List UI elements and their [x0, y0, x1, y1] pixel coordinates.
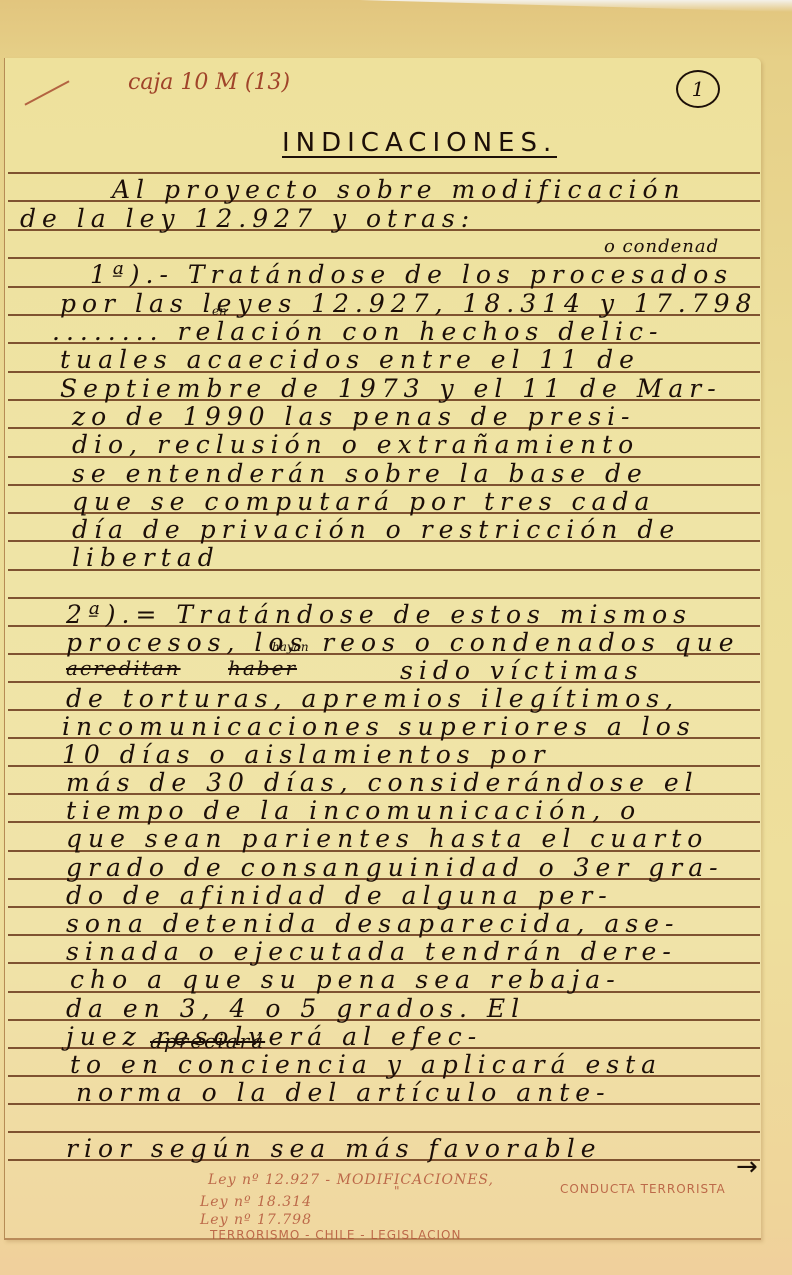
footnote-ley-18314: Ley nº 18.314: [200, 1194, 312, 1210]
section-2-line: 10 días o aislamientos por: [62, 741, 551, 769]
section-2-line: tiempo de la incomunicación, o: [66, 797, 641, 825]
section-1-line: dio, reclusión o extrañamiento: [72, 431, 639, 459]
footnote-keywords: TERRORISMO - CHILE - LEGISLACION: [210, 1228, 461, 1242]
insertion-o-condenados: o condenad: [604, 233, 719, 261]
ruled-line: [8, 172, 760, 174]
footnote-ditto: ": [394, 1184, 401, 1198]
section-1-line: zo de 1990 las penas de presi-: [72, 403, 636, 431]
section-1-line: que se computará por tres cada: [72, 488, 655, 516]
ruled-line: [8, 597, 760, 599]
section-1-line: por las leyes 12.927, 18.314 y 17.798: [60, 290, 757, 318]
section-2-line: to en conciencia y aplicará esta: [70, 1051, 662, 1079]
intro-line-2: de la ley 12.927 y otras:: [20, 205, 475, 233]
footnote-ley-12927: Ley nº 12.927 - MODIFICACIONES,: [208, 1172, 494, 1188]
section-2-line: rior según sea más favorable: [66, 1135, 602, 1163]
struck-word-acreditan: acreditan: [66, 654, 181, 682]
scan-background-edge: [360, 0, 792, 12]
footnote-ley-17798: Ley nº 17.798: [200, 1212, 312, 1228]
section-2-line: procesos, los reos o condenados que: [66, 629, 740, 657]
section-2-line: da en 3, 4 o 5 grados. El: [66, 995, 525, 1023]
archive-note: caja 10 M (13): [128, 70, 290, 95]
page-number: 1: [676, 70, 720, 108]
section-2-line: incomunicaciones superiores a los: [62, 713, 696, 741]
section-2-line: grado de consanguinidad o 3er gra-: [66, 854, 724, 882]
section-1-line: libertad: [72, 544, 220, 572]
section-2-line: más de 30 días, considerándose el: [66, 769, 699, 797]
section-2-line: 2ª).= Tratándose de estos mismos: [66, 601, 692, 629]
continue-arrow-icon: →: [736, 1152, 758, 1182]
section-2-line: de torturas, apremios ilegítimos,: [66, 685, 679, 713]
section-1-line: se entenderán sobre la base de: [72, 460, 648, 488]
section-2-line: do de afinidad de alguna per-: [66, 882, 613, 910]
struck-word-haber: haber: [228, 654, 297, 682]
section-2-line: sinada o ejecutada tendrán dere-: [66, 938, 677, 966]
superscript-hayan: hayan: [272, 640, 309, 654]
section-1-line: día de privación o restricción de: [72, 516, 680, 544]
section-1-line: Septiembre de 1973 y el 11 de Mar-: [60, 375, 722, 403]
section-2-line: sona detenida desaparecida, ase-: [66, 910, 679, 938]
section-2-line: juez resolverá al efec-: [66, 1023, 482, 1051]
footnote-conducta-terrorista: CONDUCTA TERRORISTA: [560, 1182, 726, 1196]
section-2-line: sido víctimas: [400, 657, 643, 685]
section-2-line: que sean parientes hasta el cuarto: [66, 825, 708, 853]
ruled-line: [8, 1131, 760, 1133]
section-1-line: ........ relación con hechos delic-: [52, 318, 663, 346]
document-title: INDICACIONES.: [282, 130, 557, 158]
section-2-line: cho a que su pena sea rebaja-: [70, 966, 621, 994]
struck-word-apreciara: apreciará: [150, 1027, 265, 1055]
intro-line-1: Al proyecto sobre modificación: [112, 176, 686, 204]
superscript-en: en: [212, 304, 227, 318]
page-number-text: 1: [692, 77, 705, 101]
section-2-line: norma o la del artículo ante-: [76, 1079, 611, 1107]
section-1-line: 1ª).- Tratándose de los procesados: [90, 261, 733, 289]
section-1-line: tuales acaecidos entre el 11 de: [60, 346, 640, 374]
